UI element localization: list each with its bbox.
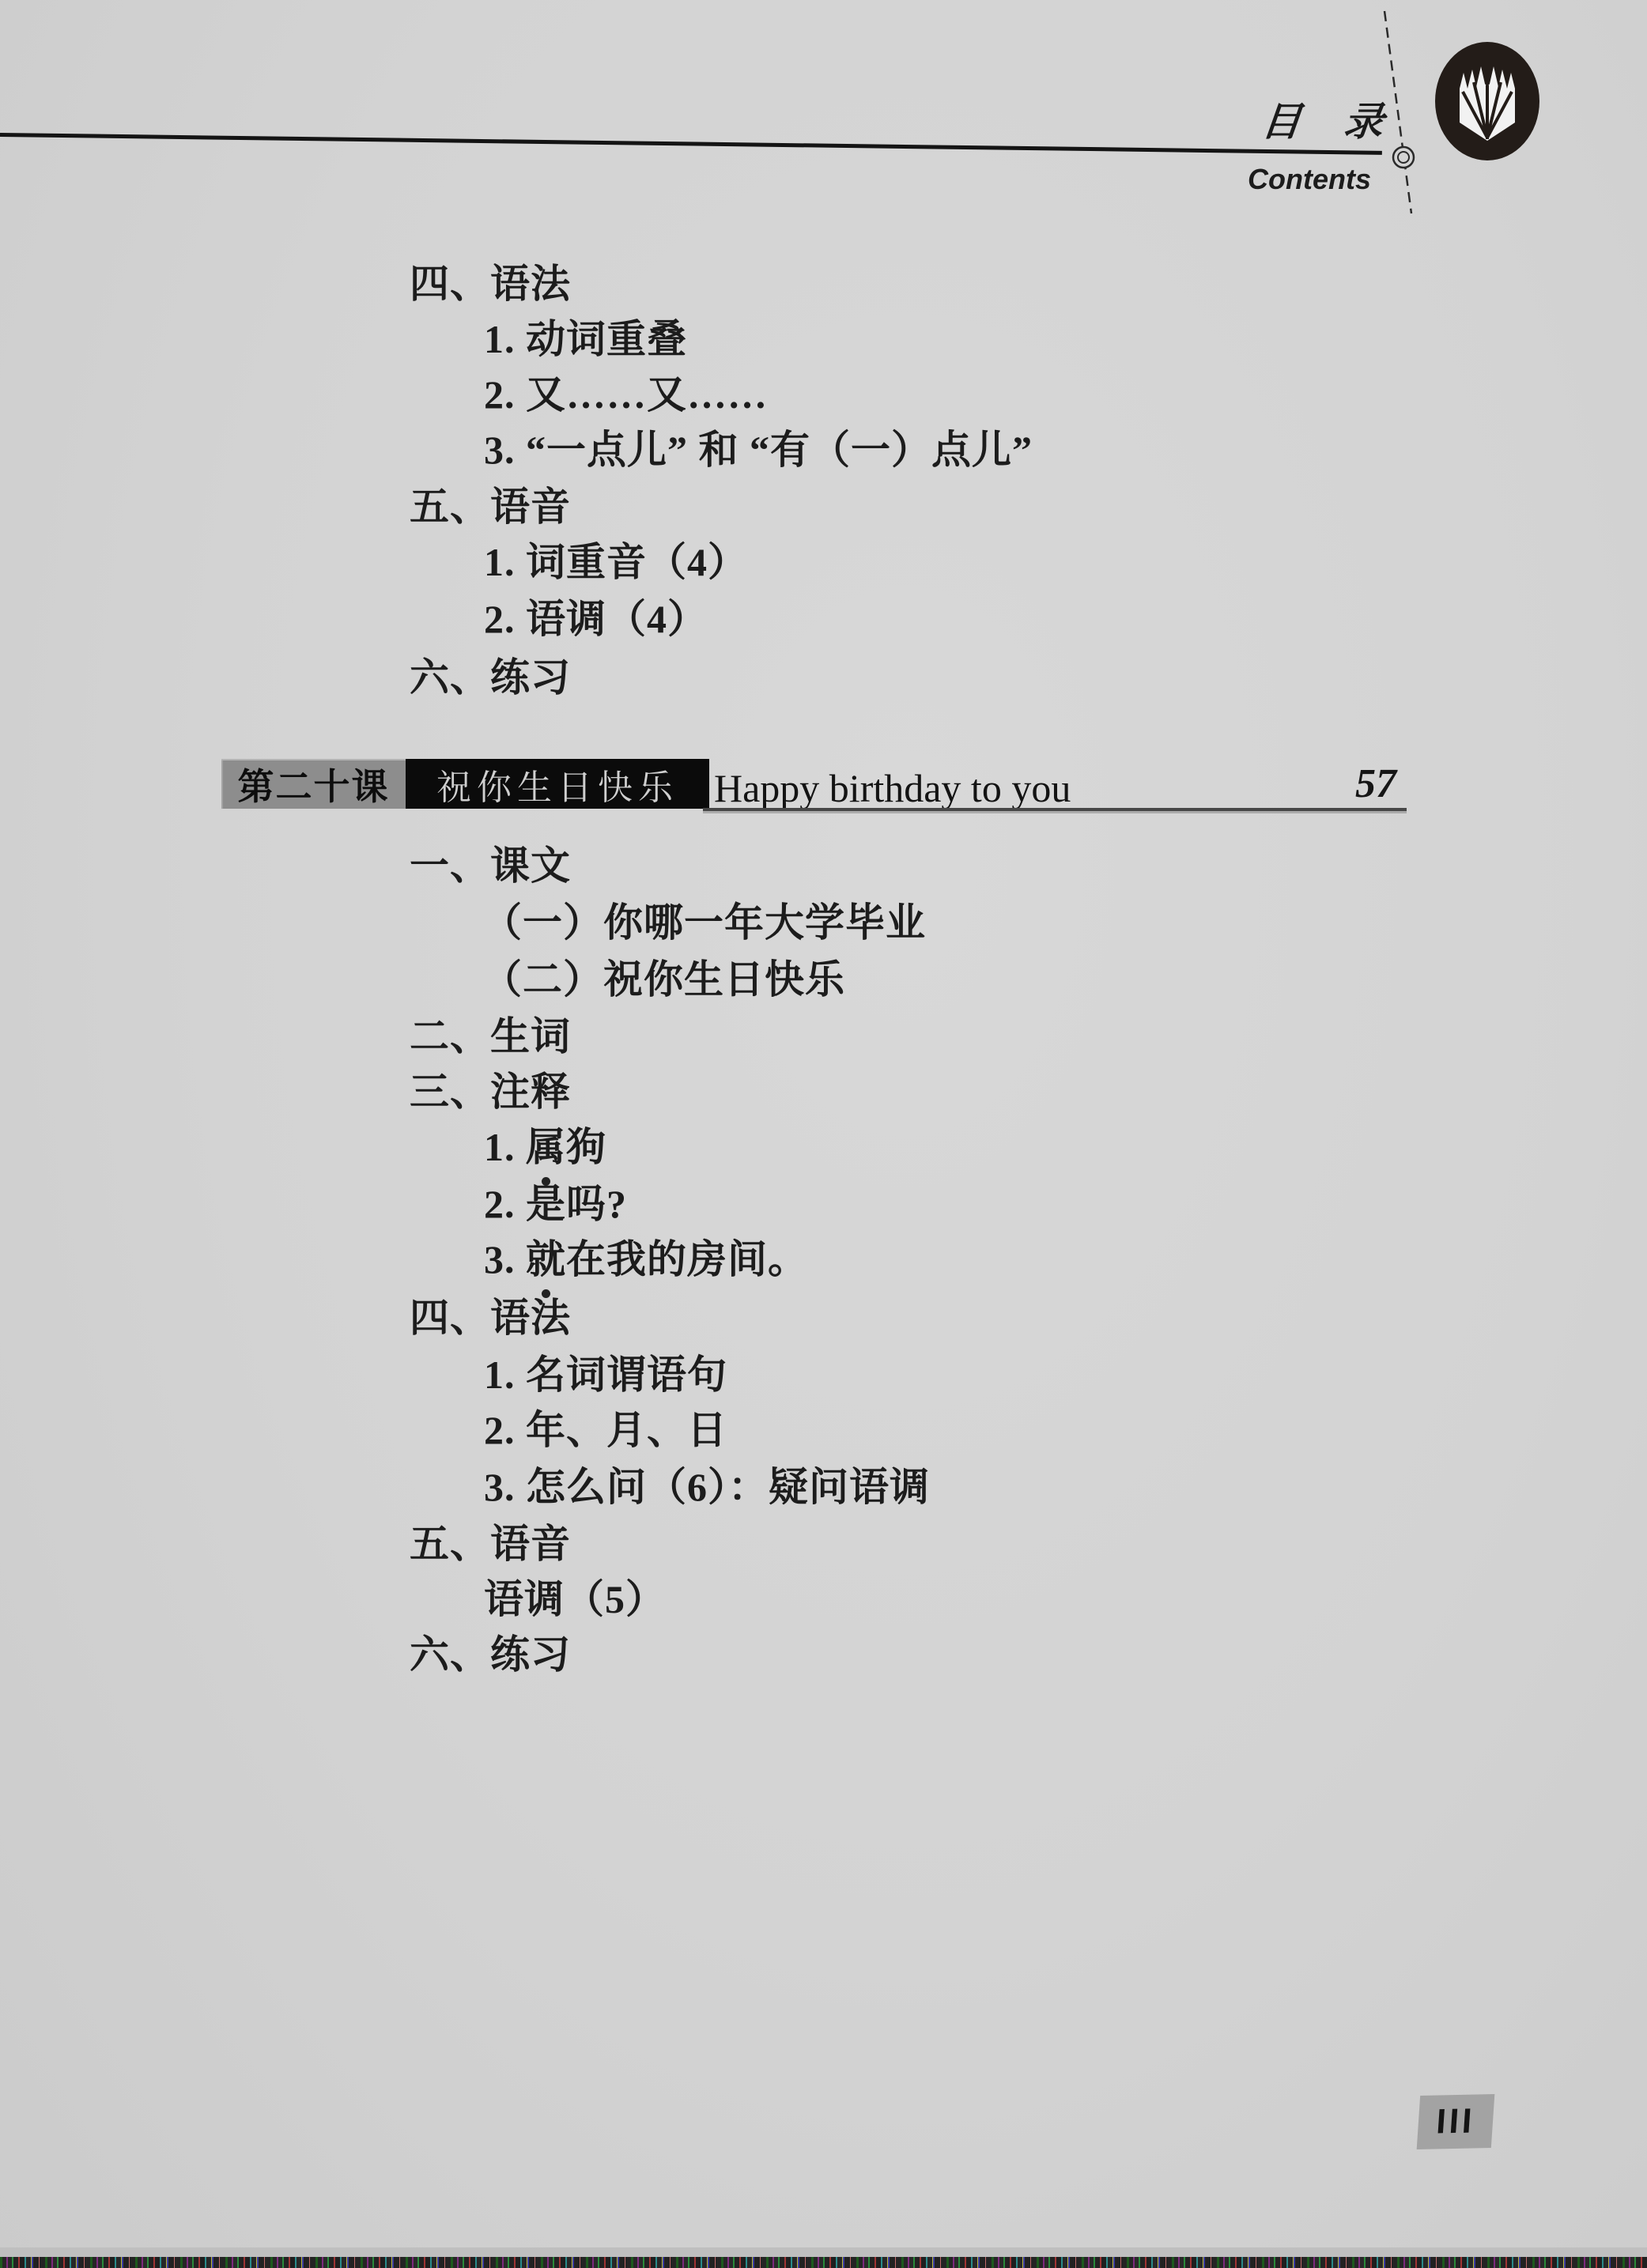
lesson-number-badge: 第二十课 (221, 759, 406, 809)
contents-page: 目 录 Contents 四、语法 1. 动词重叠 2. 又……又…… 3. “… (0, 0, 1647, 2268)
toc-row: 2. 又……又…… (484, 372, 768, 417)
toc-row: 2. 年、月、日 (484, 1407, 727, 1453)
toc-row: 2. 是吗? (484, 1181, 627, 1227)
toc-row: 1. 名词谓语句 (484, 1352, 727, 1398)
page-title: 目 录 (1259, 90, 1388, 147)
toc-row: 语调（5） (484, 1576, 666, 1622)
toc-row: 六、练习 (410, 655, 571, 700)
dashed-divider-ornament (1374, 9, 1425, 223)
publisher-book-logo-icon (1428, 40, 1547, 164)
toc-row: 1. 属狗 (484, 1124, 606, 1170)
toc-row: 3. 怎么问（6）：疑问语调 (484, 1464, 930, 1510)
toc-row: 1. 词重音（4） (484, 539, 748, 585)
toc-row: 二、生词 (410, 1013, 571, 1059)
toc-row: 3. “一点儿” 和 “有（一）点儿” (484, 427, 1033, 473)
toc-row: 3. 就在我的房间。 (484, 1236, 808, 1282)
bottom-band (0, 2247, 1647, 2257)
video-noise-strip (0, 2257, 1647, 2268)
lesson-title-cn-badge: 祝你生日快乐 (406, 759, 709, 809)
toc-row: （一）你哪一年大学毕业 (482, 900, 926, 945)
lesson-title-en: Happy birthday to you (714, 765, 1071, 811)
toc-row: 六、练习 (410, 1632, 571, 1677)
toc-row: （二）祝你生日快乐 (482, 957, 845, 1002)
lesson-bar-underline (703, 808, 1407, 811)
toc-row: 五、语音 (410, 1521, 571, 1567)
toc-row: 四、语法 (410, 1295, 571, 1341)
toc-row: 五、语音 (410, 484, 571, 530)
toc-row: 一、课文 (410, 843, 571, 889)
toc-row: 四、语法 (410, 261, 571, 307)
page-number-badge: III (1417, 2094, 1495, 2149)
circle-marker-icon (1393, 147, 1414, 168)
toc-row: 1. 动词重叠 (484, 316, 687, 362)
page-subtitle: Contents (1248, 163, 1371, 196)
lesson-page-number: 57 (1355, 760, 1396, 807)
toc-row: 2. 语调（4） (484, 596, 708, 642)
header-rule (0, 133, 1382, 155)
toc-row: 三、注释 (410, 1069, 571, 1115)
